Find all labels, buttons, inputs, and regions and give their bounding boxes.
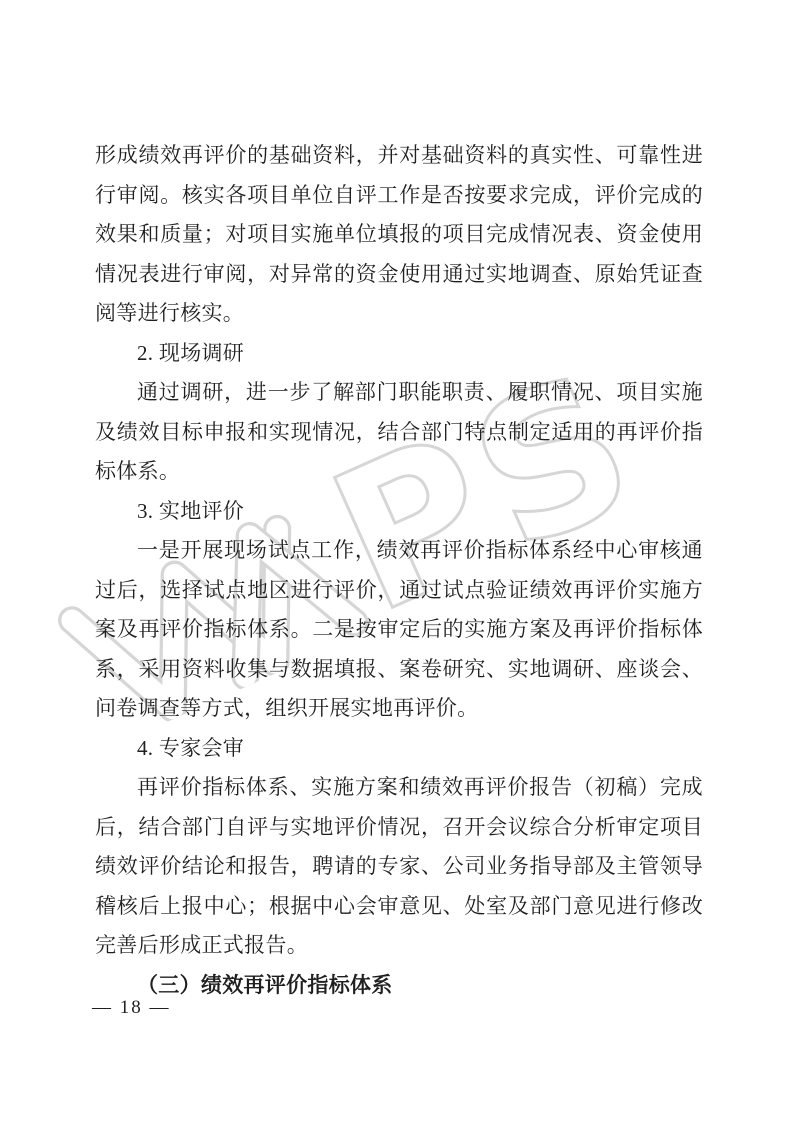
document-page: PS 形成绩效再评价的基础资料，并对基础资料的真实性、可靠性进行审阅。核实各项目… xyxy=(0,0,793,1122)
section-heading: 3. 实地评价 xyxy=(95,492,703,532)
paragraph: 一是开展现场试点工作，绩效再评价指标体系经中心审核通过后，选择试点地区进行评价，… xyxy=(95,531,703,729)
page-number: — 18 — xyxy=(92,997,171,1019)
section-heading: （三）绩效再评价指标体系 xyxy=(95,966,703,1006)
section-heading: 2. 现场调研 xyxy=(95,334,703,374)
section-heading: 4. 专家会审 xyxy=(95,729,703,769)
paragraph: 通过调研，进一步了解部门职能职责、履职情况、项目实施及绩效目标申报和实现情况，结… xyxy=(95,373,703,492)
paragraph: 再评价指标体系、实施方案和绩效再评价报告（初稿）完成后，结合部门自评与实地评价情… xyxy=(95,768,703,966)
paragraph: 形成绩效再评价的基础资料，并对基础资料的真实性、可靠性进行审阅。核实各项目单位自… xyxy=(95,136,703,334)
document-body: 形成绩效再评价的基础资料，并对基础资料的真实性、可靠性进行审阅。核实各项目单位自… xyxy=(95,136,703,1005)
